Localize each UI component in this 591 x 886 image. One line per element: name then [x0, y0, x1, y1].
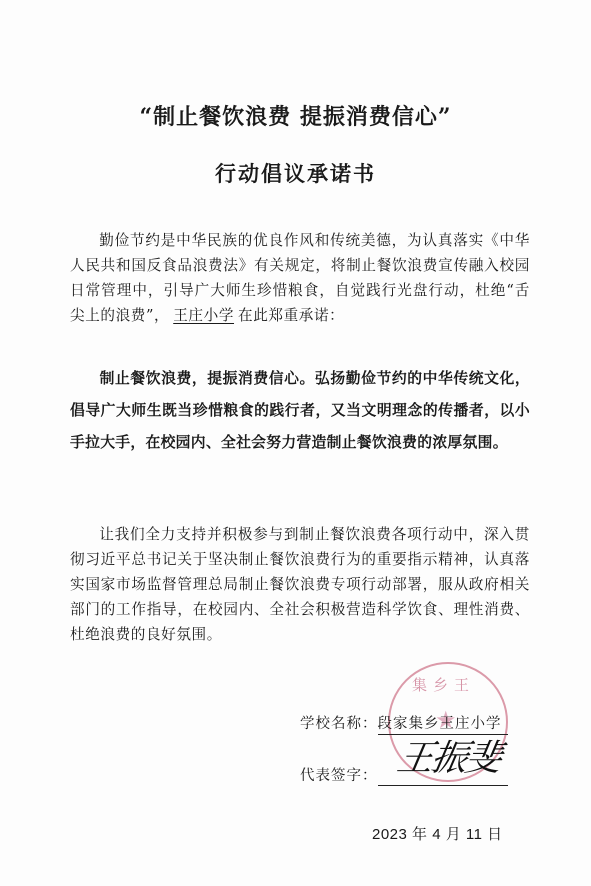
paragraph-intro: 勤俭节约是中华民族的优良作风和传统美德，为认真落实《中华人民共和国反食品浪费法》…: [70, 228, 530, 328]
signature-label: 代表签字：: [300, 768, 378, 784]
intro-tail: 在此郑重承诺：: [238, 307, 344, 324]
seal-text: 集乡王: [412, 674, 475, 695]
school-name-label: 学校名称：: [300, 716, 378, 732]
paragraph-pledge: 制止餐饮浪费，提振消费信心。弘扬勤俭节约的中华传统文化，倡导广大师生既当珍惜粮食…: [70, 363, 530, 459]
document-subtitle: 行动倡议承诺书: [0, 158, 591, 188]
document-title: “制止餐饮浪费 提振消费信心”: [0, 100, 591, 131]
school-blank-fill: 王庄小学: [169, 307, 238, 324]
handwritten-signature: 王振斐: [394, 730, 505, 781]
document-date: 2023 年 4 月 11 日: [372, 823, 503, 844]
paragraph-call-to-action: 让我们全力支持并积极参与到制止餐饮浪费各项行动中，深入贯彻习近平总书记关于坚决制…: [70, 522, 530, 647]
